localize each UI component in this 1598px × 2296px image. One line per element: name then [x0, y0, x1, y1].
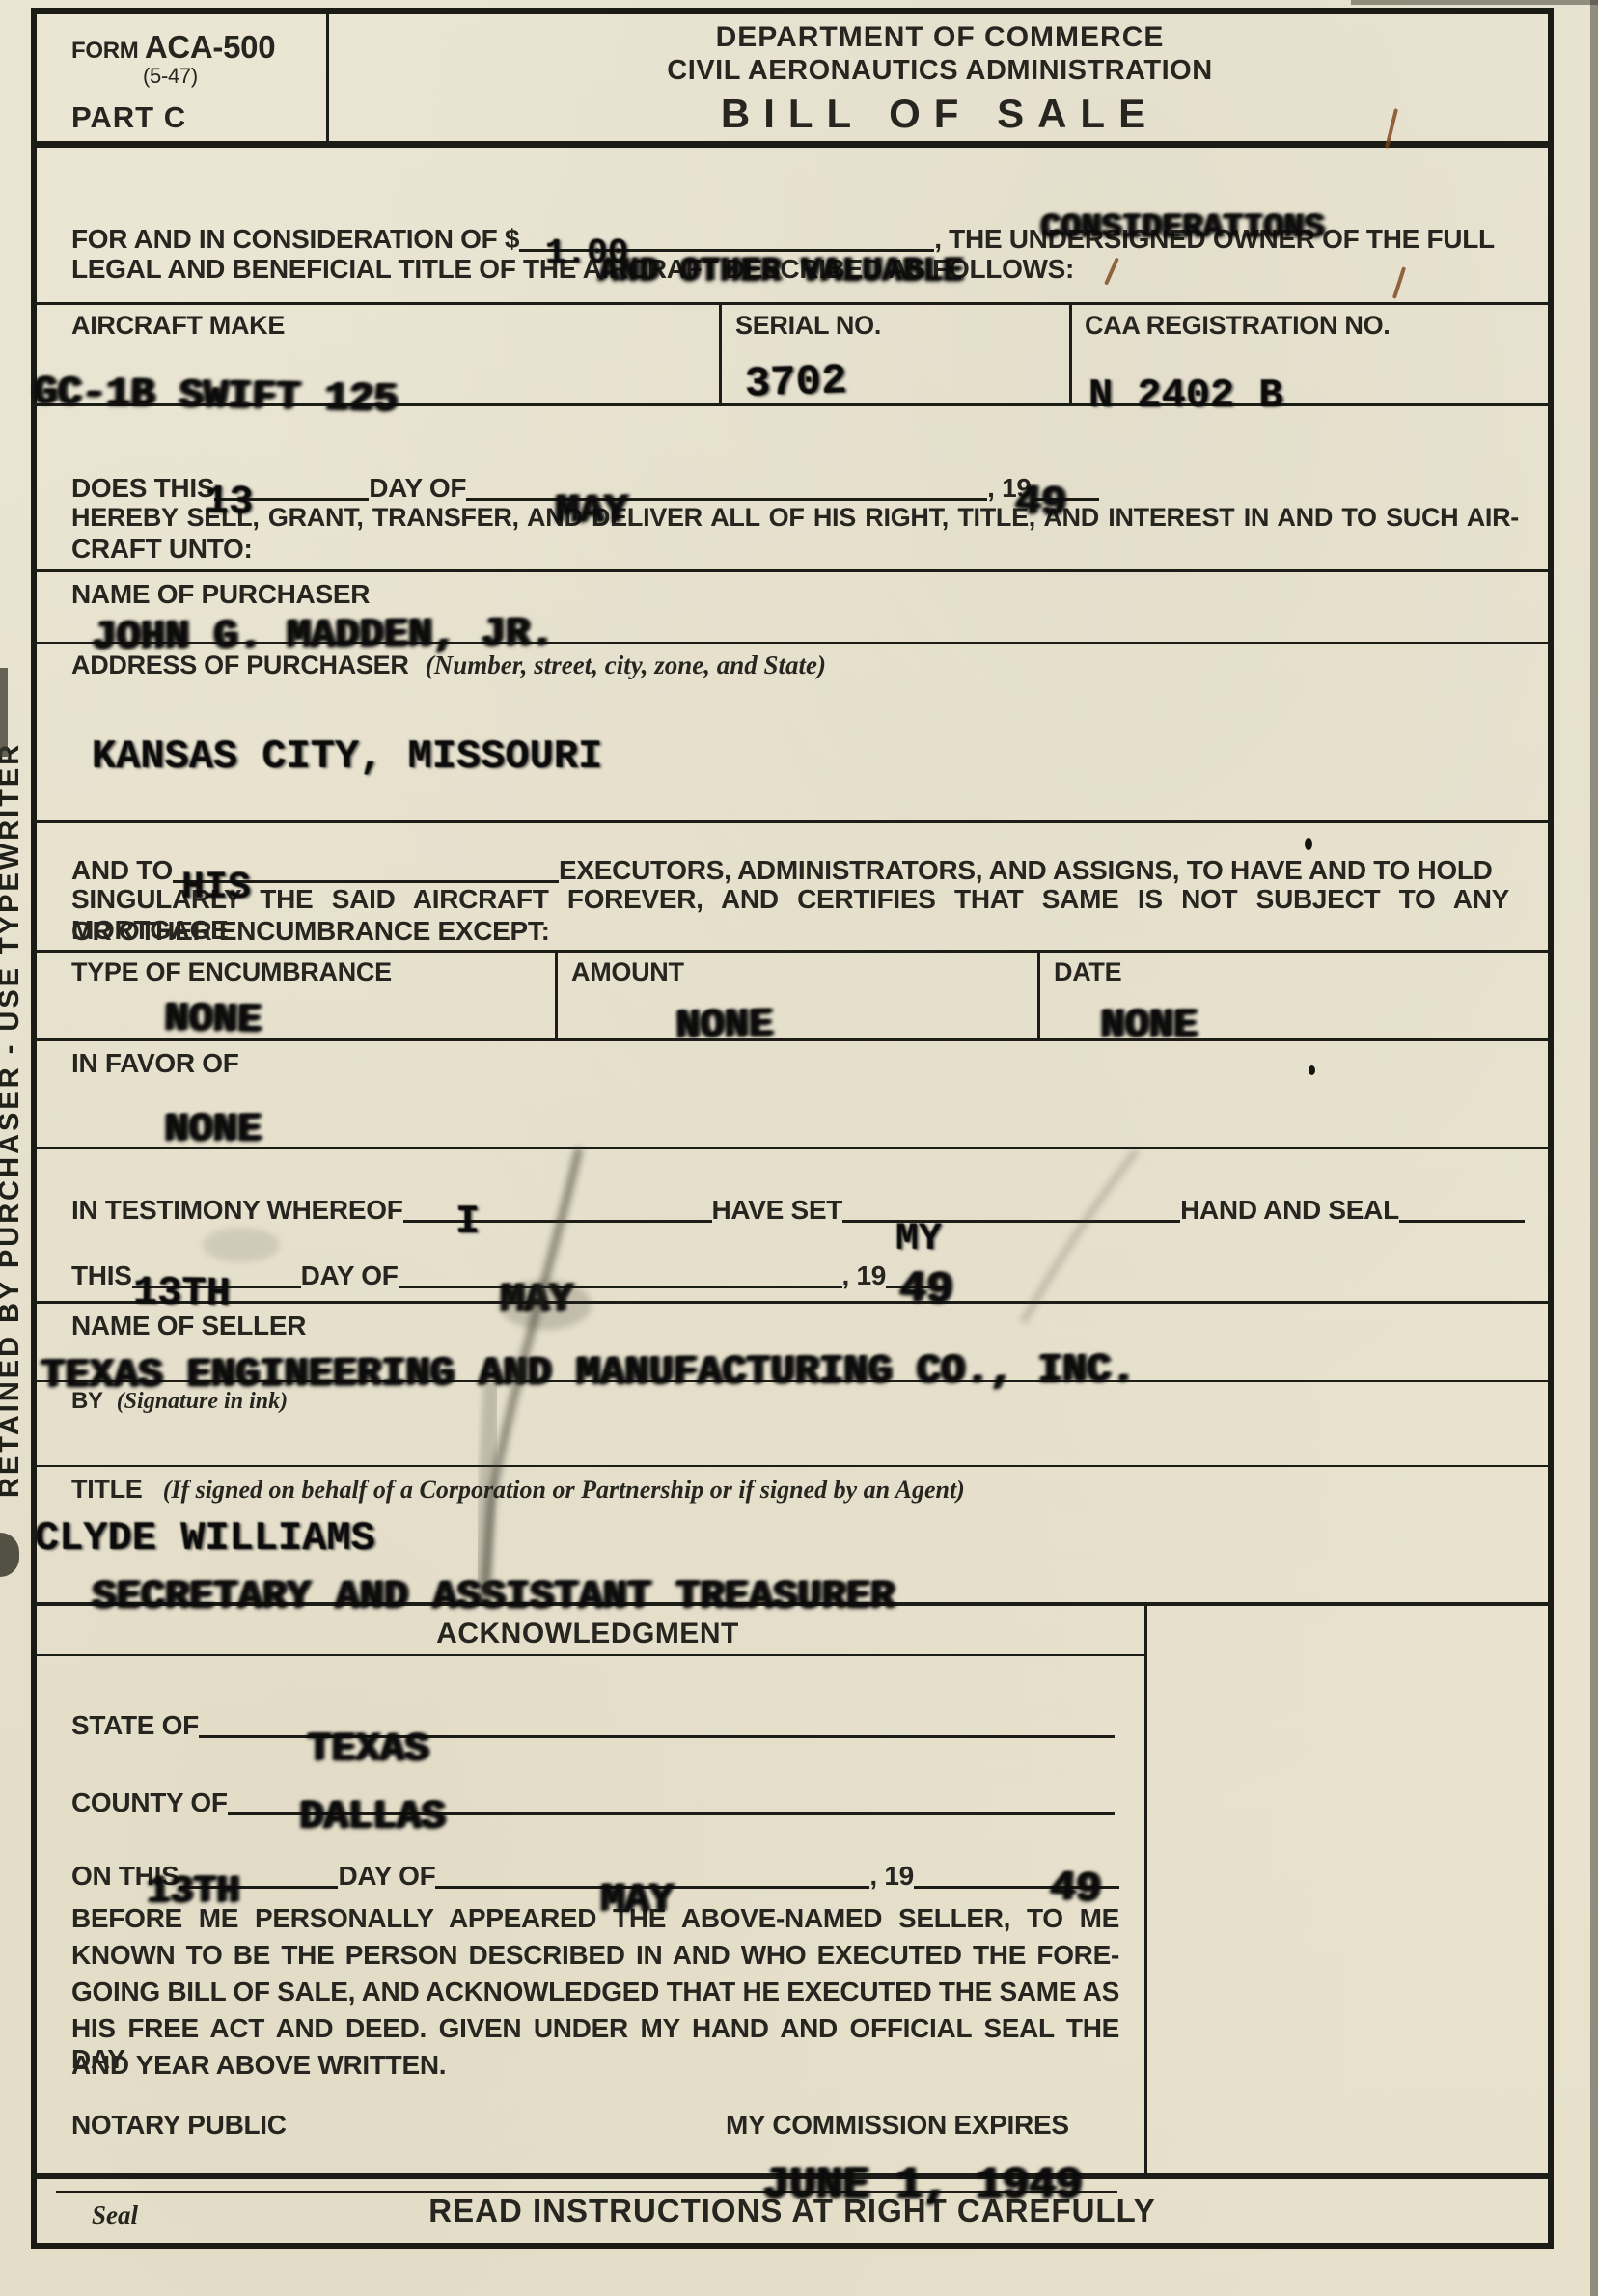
title-section-rule: [31, 1465, 1554, 1467]
sale-month-blank: [466, 471, 987, 501]
acknowledgment-heading-rule: [31, 1654, 1144, 1656]
seller-section-rule: [31, 1301, 1554, 1304]
typed-ack-month: MAY: [600, 1876, 674, 1923]
scan-edge-right: [1590, 0, 1598, 2296]
typed-encumbrance-amount: NONE: [675, 1001, 774, 1049]
ink-droplet-1: [1305, 838, 1312, 850]
testimony-month-blank: [399, 1259, 842, 1288]
testimony-person-blank: [403, 1193, 712, 1223]
sale-clause-line2: HEREBY SELL, GRANT, TRANSFER, AND DELIVE…: [71, 503, 1519, 533]
form-label: FORM: [71, 38, 138, 64]
state-of-line: STATE OF: [71, 1708, 1115, 1741]
typed-sale-month: MAY: [555, 487, 628, 534]
encumbrance-amount-label: AMOUNT: [571, 957, 684, 987]
typed-registration-no: N 2402 B: [1088, 373, 1283, 419]
typed-in-favor-of: NONE: [164, 1106, 262, 1152]
typed-sale-year: 49: [1014, 478, 1067, 529]
encumbrance-divider-1: [555, 950, 558, 1038]
margin-note: RETAINED BY PURCHASER - USE TYPEWRITER: [0, 671, 35, 1568]
serial-no-label: SERIAL NO.: [735, 311, 881, 341]
testimony-possessive-blank: [842, 1193, 1180, 1223]
typed-encumbrance-type: NONE: [164, 995, 262, 1043]
typed-consideration-overlay-a: AND OTHER VALUABLE: [598, 252, 963, 290]
aircraft-table-divider-2: [1069, 302, 1072, 405]
form-number: ACA-500: [145, 29, 275, 65]
encumbrance-table-top-rule: [31, 950, 1554, 953]
ack-body-line-2: KNOWN TO BE THE PERSON DESCRIBED IN AND …: [71, 1940, 1119, 1971]
acknowledgment-box-divider: [1144, 1602, 1147, 2175]
typed-encumbrance-date: NONE: [1100, 1002, 1198, 1048]
typed-sale-day: 13: [204, 478, 254, 526]
in-favor-of-label: IN FAVOR OF: [71, 1048, 239, 1079]
county-of-line: COUNTY OF: [71, 1785, 1115, 1818]
document-title: BILL OF SALE: [328, 91, 1552, 137]
seller-title-line: TITLE (If signed on behalf of a Corporat…: [71, 1475, 965, 1505]
typed-county: DALLAS: [299, 1793, 445, 1840]
acknowledgment-heading: ACKNOWLEDGMENT: [31, 1618, 1144, 1650]
typed-purchaser-name: JOHN G. MADDEN, JR.: [92, 610, 554, 660]
typed-state: TEXAS: [307, 1726, 428, 1772]
typed-testimony-possessive: MY: [895, 1218, 942, 1261]
typed-assigns-pronoun: HIS: [181, 867, 251, 910]
assigns-line1: AND TOEXECUTORS, ADMINISTRATORS, AND ASS…: [71, 853, 1493, 886]
typed-testimony-day: 13TH: [133, 1269, 232, 1317]
scan-edge-mark-1: [0, 668, 8, 757]
encumbrance-divider-2: [1037, 950, 1040, 1038]
typed-seller-company: TEXAS ENGINEERING AND MANUFACTURING CO.,…: [41, 1346, 1135, 1398]
form-revision: (5-47): [143, 64, 198, 89]
ack-body-line-3: GOING BILL OF SALE, AND ACKNOWLEDGED THA…: [71, 1977, 1119, 2007]
typed-purchaser-city: KANSAS CITY, MISSOURI: [92, 733, 602, 780]
ink-droplet-2: [1309, 1065, 1315, 1075]
purchaser-section-rule: [31, 569, 1554, 572]
encumbrance-date-label: DATE: [1054, 957, 1121, 987]
assigns-section-rule: [31, 820, 1554, 823]
aircraft-make-label: AIRCRAFT MAKE: [71, 311, 285, 341]
encumbrance-type-label: TYPE OF ENCUMBRANCE: [71, 957, 392, 987]
aircraft-table-divider-1: [719, 302, 722, 405]
typed-testimony-person: I: [455, 1199, 480, 1245]
typed-ack-day: 13TH: [147, 1870, 239, 1914]
aircraft-table-top-rule: [31, 302, 1554, 305]
testimony-trailing-blank: [1399, 1193, 1525, 1223]
form-part: PART C: [71, 100, 186, 135]
notary-public-label: NOTARY PUBLIC: [71, 2110, 287, 2141]
administration-name: CIVIL AERONAUTICS ADMINISTRATION: [328, 55, 1552, 87]
scan-edge-top: [1351, 0, 1598, 5]
scanned-bill-of-sale: RETAINED BY PURCHASER - USE TYPEWRITER F…: [0, 0, 1598, 2296]
assigns-line3: OR OTHER ENCUMBRANCE EXCEPT:: [71, 916, 550, 947]
typed-testimony-month: MAY: [500, 1276, 573, 1322]
commission-expires-label: MY COMMISSION EXPIRES: [726, 2110, 1069, 2141]
department-name: DEPARTMENT OF COMMERCE: [328, 21, 1552, 54]
typed-serial-no: 3702: [744, 357, 847, 409]
purchaser-name-label: NAME OF PURCHASER: [71, 579, 370, 610]
typed-consideration-overlay-b: CONSIDERATIONS: [1040, 208, 1324, 247]
typed-testimony-year: 49: [898, 1263, 953, 1315]
typed-ack-year: 49: [1049, 1864, 1102, 1915]
typed-signer-name: CLYDE WILLIAMS: [35, 1515, 375, 1562]
typed-commission-date: JUNE 1, 1949: [762, 2160, 1082, 2210]
typed-aircraft-make: GC-1B SWIFT 125: [33, 369, 399, 423]
form-id: FORM ACA-500: [71, 29, 275, 66]
title-hint: (If signed on behalf of a Corporation or…: [163, 1476, 965, 1504]
header-rule: [31, 141, 1554, 148]
caa-registration-label: CAA REGISTRATION NO.: [1085, 311, 1391, 341]
typed-signer-title: SECRETARY AND ASSISTANT TREASURER: [92, 1573, 895, 1619]
sale-clause-line3: CRAFT UNTO:: [71, 534, 253, 565]
testimony-line1: IN TESTIMONY WHEREOFHAVE SETHAND AND SEA…: [71, 1193, 1525, 1226]
ack-body-line-5: AND YEAR ABOVE WRITTEN.: [71, 2050, 446, 2081]
